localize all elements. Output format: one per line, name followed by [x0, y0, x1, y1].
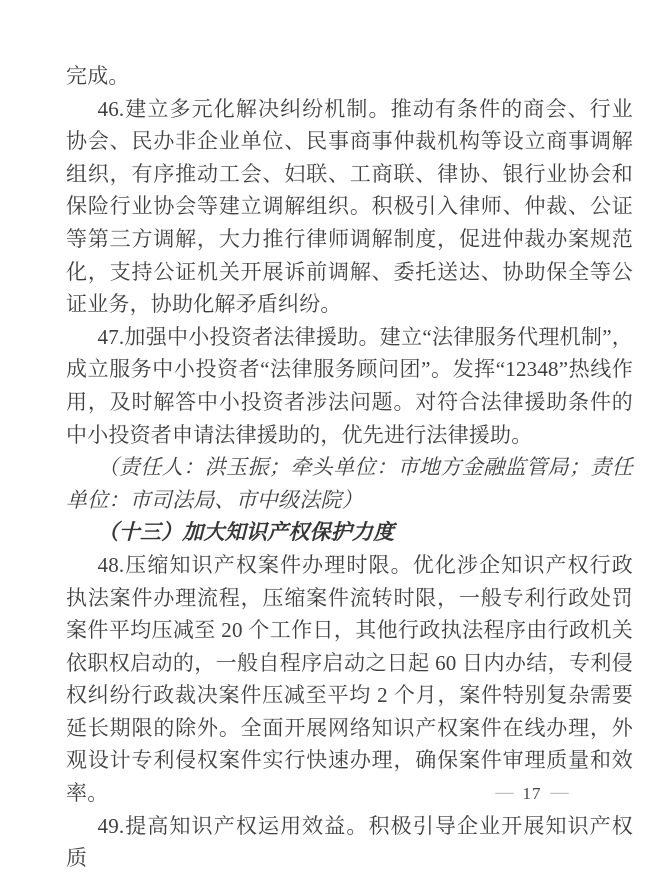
- document-body: 完成。 46.建立多元化解决纠纷机制。推动有条件的商会、行业协会、民办非企业单位…: [66, 60, 633, 875]
- paragraph-item-49: 49.提高知识产权运用效益。积极引导企业开展知识产权质: [66, 810, 633, 875]
- paragraph-item-48: 48.压缩知识产权案件办理时限。优化涉企知识产权行政执法案件办理流程，压缩案件流…: [66, 549, 633, 810]
- section-heading-13: （十三）加大知识产权保护力度: [66, 516, 633, 549]
- paragraph-item-47: 47.加强中小投资者法律援助。建立“法律服务代理机制”，成立服务中小投资者“法律…: [66, 321, 633, 451]
- page-number-dash-right: —: [551, 785, 569, 802]
- responsibility-note: （责任人：洪玉振；牵头单位：市地方金融监管局；责任单位：市司法局、市中级法院）: [66, 451, 633, 516]
- page-number-dash-left: —: [496, 785, 514, 802]
- paragraph-item-46: 46.建立多元化解决纠纷机制。推动有条件的商会、行业协会、民办非企业单位、民事商…: [66, 93, 633, 321]
- document-page: 完成。 46.建立多元化解决纠纷机制。推动有条件的商会、行业协会、民办非企业单位…: [0, 0, 658, 883]
- page-number: 17: [523, 785, 542, 802]
- page-footer: — 17 —: [497, 785, 567, 802]
- paragraph-continuation: 完成。: [66, 60, 633, 93]
